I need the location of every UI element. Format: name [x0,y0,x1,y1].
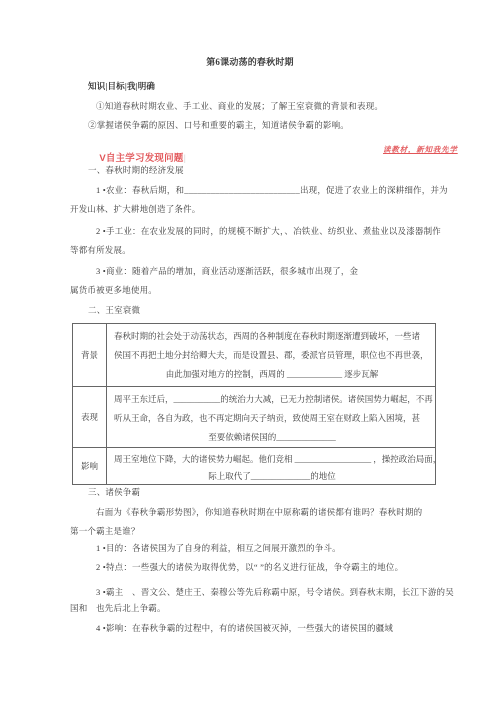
table-cell-line: 侯国不再把土地分封给卿大夫，而是设置县、郡，委派官员管理，职位也不再世袭， [114,346,430,365]
table-row-manifestation: 表现 周平王东迁后，___________的统治力大减，已无力控制诸侯。诸侯国势… [73,386,435,447]
table-cell-line: 际上取代了______________的地位 [114,468,430,484]
economy-item3-line2: 属货币被更多地使用。 [70,284,157,296]
royal-decline-table: 背景 春秋时期的社会处于动荡状态，西周的各种制度在春秋时期逐渐遭到破坏，一些诸 … [72,323,436,485]
table-row-impact: 影响 周王室地位下降，大的诸侯势力崛起。他们竞相 _______________… [73,447,435,484]
table-cell-line: 春秋时期的社会处于动荡状态，西周的各种制度在春秋时期逐渐遭到破坏，一些诸 [114,327,430,346]
table-cell-line: 至要依赖诸侯国的______________ [114,428,430,447]
hegemony-item3-line2: 国和 也先后北上争霸。 [70,602,166,614]
table-cell-line: 由此加强对地方的控制，西周的 _____________ 逐步瓦解 [114,365,430,384]
economy-item2-line2: 等都有所发展。 [70,244,131,256]
hegemony-item1-line1: 1 •目的：各诸侯国为了自身的利益，相互之间展开激烈的争斗。 [96,542,341,554]
objectives-heading: 知识|目标|我|明确 [88,80,155,92]
doc-title: 第6课动荡的春秋时期 [0,56,500,68]
self-study-heading-text: V自主学习发现问题 [99,153,183,164]
objective-line-2: ②掌握诸侯争霸的原因、口号和重要的霸主，知道诸侯争霸的影响。 [88,119,349,131]
economy-item1-line2: 开发山林、扩大耕地创造了条件。 [70,203,201,215]
table-cell-line: 听从王命，各自为政，也不再定期向天子纳贡，致使周王室在财政上陷入困境，甚 [114,409,430,428]
table-row-label: 背景 [73,324,107,386]
table-row-label: 影响 [73,448,107,484]
economy-item1-line1: 1 •农业：春秋后期，和__________________________出现… [96,184,448,196]
heading-trailing-mark: | [184,153,187,164]
section-heading-economy: 一、春秋时期的经济发展 [88,164,184,176]
hegemony-intro-line1: 右面为《春秋争霸形势图》，你知道春秋时期在中原称霸的诸侯都有谁吗？春秋时期的 [96,506,422,518]
side-note: 读教材，新知我先学 [383,144,458,156]
worksheet-page: 第6课动荡的春秋时期 知识|目标|我|明确 ①知道春秋时期农业、手工业、商业的发… [0,0,500,707]
hegemony-item4-line1: 4 •影响：在春秋争霸的过程中，有的诸侯国被灭掉，一些强大的诸侯国的疆域 [96,622,393,634]
hegemony-item2-line1: 2 •特点：一些强大的诸侯为取得优势，以“ ”的名义进行征战，争夺霸主的地位。 [96,561,403,573]
table-cell: 春秋时期的社会处于动荡状态，西周的各种制度在春秋时期逐渐遭到破坏，一些诸 侯国不… [107,324,435,386]
section-heading-royal-decline: 二、王室衰微 [88,304,140,316]
table-row-background: 背景 春秋时期的社会处于动荡状态，西周的各种制度在春秋时期逐渐遭到破坏，一些诸 … [73,324,435,386]
economy-item2-line1: 2 •手工业：在农业发展的同时，的规模不断扩大，、冶铁业、纺织业、煮盐业以及漆器… [96,225,441,237]
table-cell: 周平王东迁后，___________的统治力大减，已无力控制诸侯。诸侯国势力崛起… [107,387,435,447]
hegemony-intro-line2: 第一个霸主是谁？ [70,525,140,537]
hegemony-item3-line1: 3 •霸主 、晋文公、楚庄王、秦穆公等先后称霸中原，号令诸侯。到春秋末期，长江下… [96,586,454,598]
section-heading-hegemony: 三、诸侯争霸 [88,486,140,498]
objective-line-1: ①知道春秋时期农业、手工业、商业的发展；了解王室衰微的背景和表现。 [96,100,383,112]
table-cell-line: 周平王东迁后，___________的统治力大减，已无力控制诸侯。诸侯国势力崛起… [114,390,430,409]
table-row-label: 表现 [73,387,107,447]
table-cell: 周王室地位下降，大的诸侯势力崛起。他们竞相 __________________… [107,448,435,484]
economy-item3-line1: 3 •商业：随着产品的增加，商业活动逐渐活跃，很多城市出现了，金 [96,265,358,277]
table-cell-line: 周王室地位下降，大的诸侯势力崛起。他们竞相 __________________… [114,451,430,468]
